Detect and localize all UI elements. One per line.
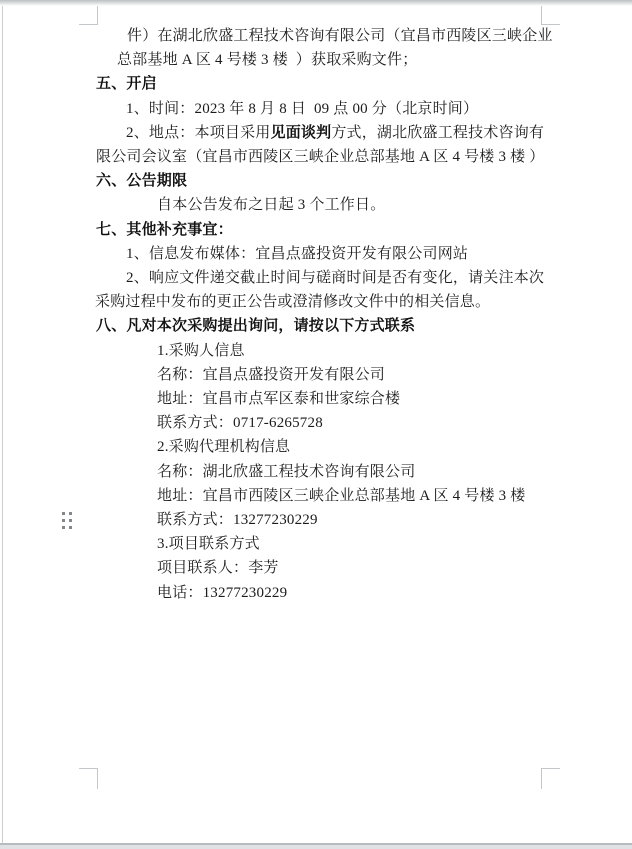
doc-line: 地址：宜昌市点军区泰和世家综合楼 (157, 387, 400, 411)
doc-line: 名称：宜昌点盛投资开发有限公司 (157, 363, 385, 387)
doc-line-part: 方式，湖北欣盛工程技术咨询有 (331, 125, 544, 141)
document-page-canvas[interactable]: 件）在湖北欣盛工程技术咨询有限公司（宜昌市西陵区三峡企业 总部基地 A 区 4 … (0, 0, 632, 843)
doc-line: 限公司会议室（宜昌市西陵区三峡企业总部基地 A 区 4 号楼 3 楼 ） (96, 145, 544, 169)
doc-line: 2、响应文件递交截止时间与磋商时间是否有变化，请关注本次 (126, 266, 544, 290)
doc-line: 总部基地 A 区 4 号楼 3 楼 ）获取采购文件； (117, 48, 417, 72)
margin-crop-mark-bottom-right-icon (541, 768, 560, 789)
page-left-edge (2, 4, 3, 843)
margin-crop-mark-top-right-icon (541, 6, 560, 25)
doc-line: 1.采购人信息 (157, 339, 245, 363)
doc-line: 项目联系人：李芳 (157, 556, 279, 580)
doc-line: 2.采购代理机构信息 (157, 435, 290, 459)
section-heading-5: 五、开启 (96, 72, 157, 96)
margin-crop-mark-top-left-icon (79, 6, 98, 25)
section-heading-8: 八、凡对本次采购提出询问，请按以下方式联系 (96, 314, 415, 338)
doc-line: 地址：宜昌市西陵区三峡企业总部基地 A 区 4 号楼 3 楼 (157, 484, 526, 508)
doc-line: 3.项目联系方式 (157, 532, 260, 556)
doc-line: 1、时间：2023 年 8 月 8 日 09 点 00 分（北京时间） (126, 97, 478, 121)
margin-crop-mark-bottom-left-icon (79, 768, 98, 789)
page-bottom-gap (0, 843, 632, 849)
section-heading-7: 七、其他补充事宜： (96, 218, 233, 242)
drag-dots-handle-icon[interactable] (62, 512, 72, 529)
doc-line: 名称：湖北欣盛工程技术咨询有限公司 (157, 460, 415, 484)
doc-line: 件）在湖北欣盛工程技术咨询有限公司（宜昌市西陵区三峡企业 (127, 24, 553, 48)
doc-line: 联系方式：13277230229 (157, 508, 318, 532)
doc-line-part: 2、地点：本项目采用 (126, 125, 271, 141)
doc-line: 2、地点：本项目采用见面谈判方式，湖北欣盛工程技术咨询有 (126, 121, 544, 145)
doc-line-part-bold: 见面谈判 (271, 125, 332, 141)
doc-line: 自本公告发布之日起 3 个工作日。 (157, 193, 385, 217)
doc-line: 1、信息发布媒体：宜昌点盛投资开发有限公司网站 (126, 242, 468, 266)
document-viewport: 件）在湖北欣盛工程技术咨询有限公司（宜昌市西陵区三峡企业 总部基地 A 区 4 … (0, 0, 632, 849)
doc-line: 联系方式：0717-6265728 (157, 411, 323, 435)
doc-line: 采购过程中发布的更正公告或澄清修改文件中的相关信息。 (95, 290, 490, 314)
section-heading-6: 六、公告期限 (96, 169, 187, 193)
doc-line: 电话：13277230229 (157, 581, 287, 605)
